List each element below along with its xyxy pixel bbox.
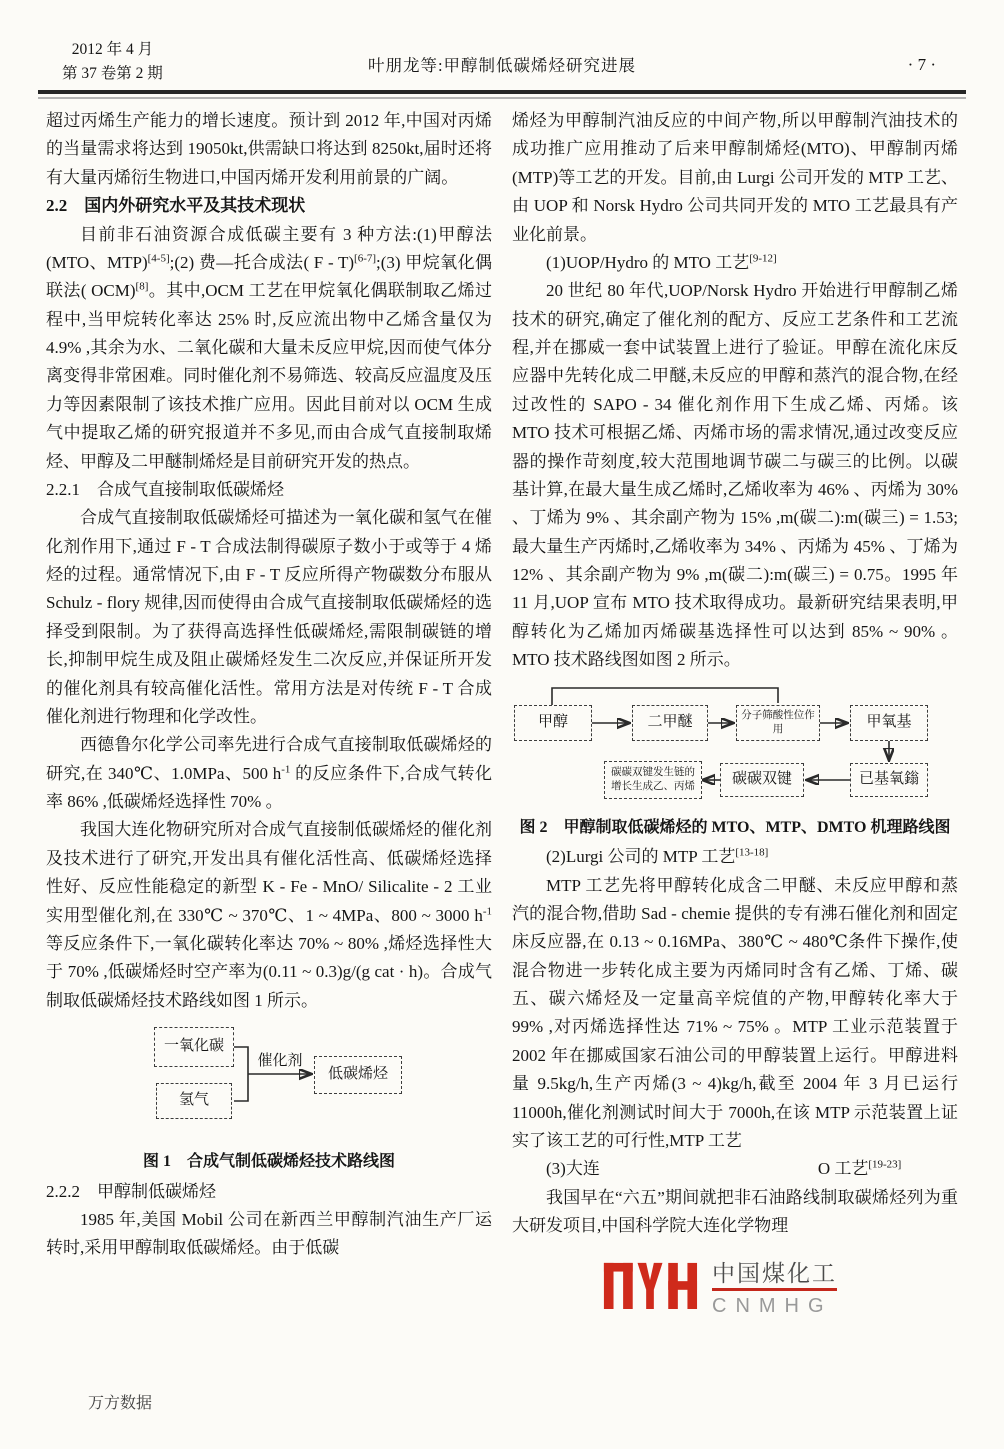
page-number: · 7 · <box>908 55 936 75</box>
left-column: 超过丙烯生产能力的增长速度。预计到 2012 年,中国对丙烯的当量需求将达到 1… <box>46 107 492 1263</box>
figure1-arrow-label-catalyst: 催化剂 <box>248 1049 312 1074</box>
citation-ref: [9-12] <box>749 252 777 264</box>
figure-caption: 图 2 甲醇制取低碳烯烃的 MTO、MTP、DMTO 机理路线图 <box>512 815 958 842</box>
paragraph: 超过丙烯生产能力的增长速度。预计到 2012 年,中国对丙烯的当量需求将达到 1… <box>46 107 492 192</box>
right-column: 烯烃为甲醇制汽油反应的中间产物,所以甲醇制汽油技术的成功推广应用推动了后来甲醇制… <box>512 107 958 1240</box>
paper-page: 2012 年 4 月 第 37 卷第 2 期 叶朋龙等:甲醇制低碳烯烃研究进展 … <box>0 0 1004 1449</box>
citation-ref: [19-23] <box>868 1159 901 1171</box>
citation-ref: -1 <box>483 905 492 917</box>
header-rule <box>38 90 966 99</box>
running-title: 叶朋龙等:甲醇制低碳烯烃研究进展 <box>0 52 1004 76</box>
citation-ref: [4-5] <box>148 252 170 264</box>
watermark-underline <box>712 1288 837 1291</box>
figure2-box-dimethyl-ether: 二甲醚 <box>632 705 708 741</box>
paragraph: MTP 工艺先将甲醇转化成含二甲醚、未反应甲醇和蒸汽的混合物,借助 Sad - … <box>512 872 958 1156</box>
paragraph: (3)大连O 工艺[19-23] <box>512 1155 958 1183</box>
figure1-box-light-olefins: 低碳烯烃 <box>314 1056 402 1094</box>
figure2-box-oxonium: 已基氧鎓 <box>850 763 928 797</box>
citation-ref: [6-7] <box>354 252 376 264</box>
section-heading: 2.2 国内外研究水平及其技术现状 <box>46 192 492 220</box>
cnmhg-watermark: 中国煤化工 CNMHG <box>602 1254 920 1332</box>
paragraph: 20 世纪 80 年代,UOP/Norsk Hydro 开始进行甲醇制乙烯技术的… <box>512 277 958 674</box>
paragraph: 西德鲁尔化学公司率先进行合成气直接制取低碳烯烃的研究,在 340℃、1.0MPa… <box>46 731 492 816</box>
citation-ref: -1 <box>281 763 290 775</box>
paragraph: 我国大连化物研究所对合成气直接制低碳烯烃的催化剂及技术进行了研究,开发出具有催化… <box>46 816 492 1015</box>
figure2-box-chain-growth: 碳碳双键发生链的增长生成乙、丙烯 <box>604 761 702 799</box>
paragraph: 合成气直接制取低碳烯烃可描述为一氧化碳和氢气在催化剂作用下,通过 F - T 合… <box>46 504 492 731</box>
figure-caption: 图 1 合成气制低碳烯烃技术路线图 <box>46 1149 492 1176</box>
paragraph: 1985 年,美国 Mobil 公司在新西兰甲醇制汽油生产厂运转时,采用甲醇制取… <box>46 1206 492 1263</box>
wanfang-data-mark: 万方数据 <box>88 1390 152 1413</box>
figure2-box-cc-double-bond: 碳碳双键 <box>720 763 804 797</box>
figure2-box-methoxy: 甲氧基 <box>850 705 928 741</box>
section-heading: 2.2.2 甲醇制低碳烯烃 <box>46 1178 492 1206</box>
figure2-box-zeolite-acid-sites: 分子筛酸性位作用 <box>736 705 820 741</box>
paragraph: 目前非石油资源合成低碳主要有 3 种方法:(1)甲醇法(MTO、MTP)[4-5… <box>46 221 492 476</box>
paragraph: 烯烃为甲醇制汽油反应的中间产物,所以甲醇制汽油技术的成功推广应用推动了后来甲醇制… <box>512 107 958 249</box>
paragraph: (2)Lurgi 公司的 MTP 工艺[13-18] <box>512 843 958 871</box>
figure2-box-methanol: 甲醇 <box>514 705 592 741</box>
cnmhg-logo-icon <box>602 1254 698 1316</box>
obscured-gap <box>600 1167 818 1184</box>
citation-ref: [8] <box>136 281 149 293</box>
watermark-name-cn: 中国煤化工 <box>712 1260 837 1286</box>
figure-1-syngas-route-diagram: 一氧化碳 氢气 催化剂 低碳烯烃 <box>114 1023 424 1145</box>
figure1-box-hydrogen: 氢气 <box>156 1083 232 1119</box>
paragraph: 我国早在“六五”期间就把非石油路线制取碳烯烃列为重大研发项目,中国科学院大连化学… <box>512 1184 958 1241</box>
paragraph: (1)UOP/Hydro 的 MTO 工艺[9-12] <box>512 249 958 277</box>
watermark-name-en: CNMHG <box>712 1294 837 1318</box>
figure1-box-carbon-monoxide: 一氧化碳 <box>154 1027 234 1067</box>
citation-ref: [13-18] <box>735 847 768 859</box>
section-heading: 2.2.1 合成气直接制取低碳烯烃 <box>46 476 492 504</box>
figure-2-mto-mechanism-diagram: 甲醇 二甲醚 分子筛酸性位作用 甲氧基 已基氧鎓 碳碳双键 碳碳双键发生链的增长… <box>512 683 955 811</box>
